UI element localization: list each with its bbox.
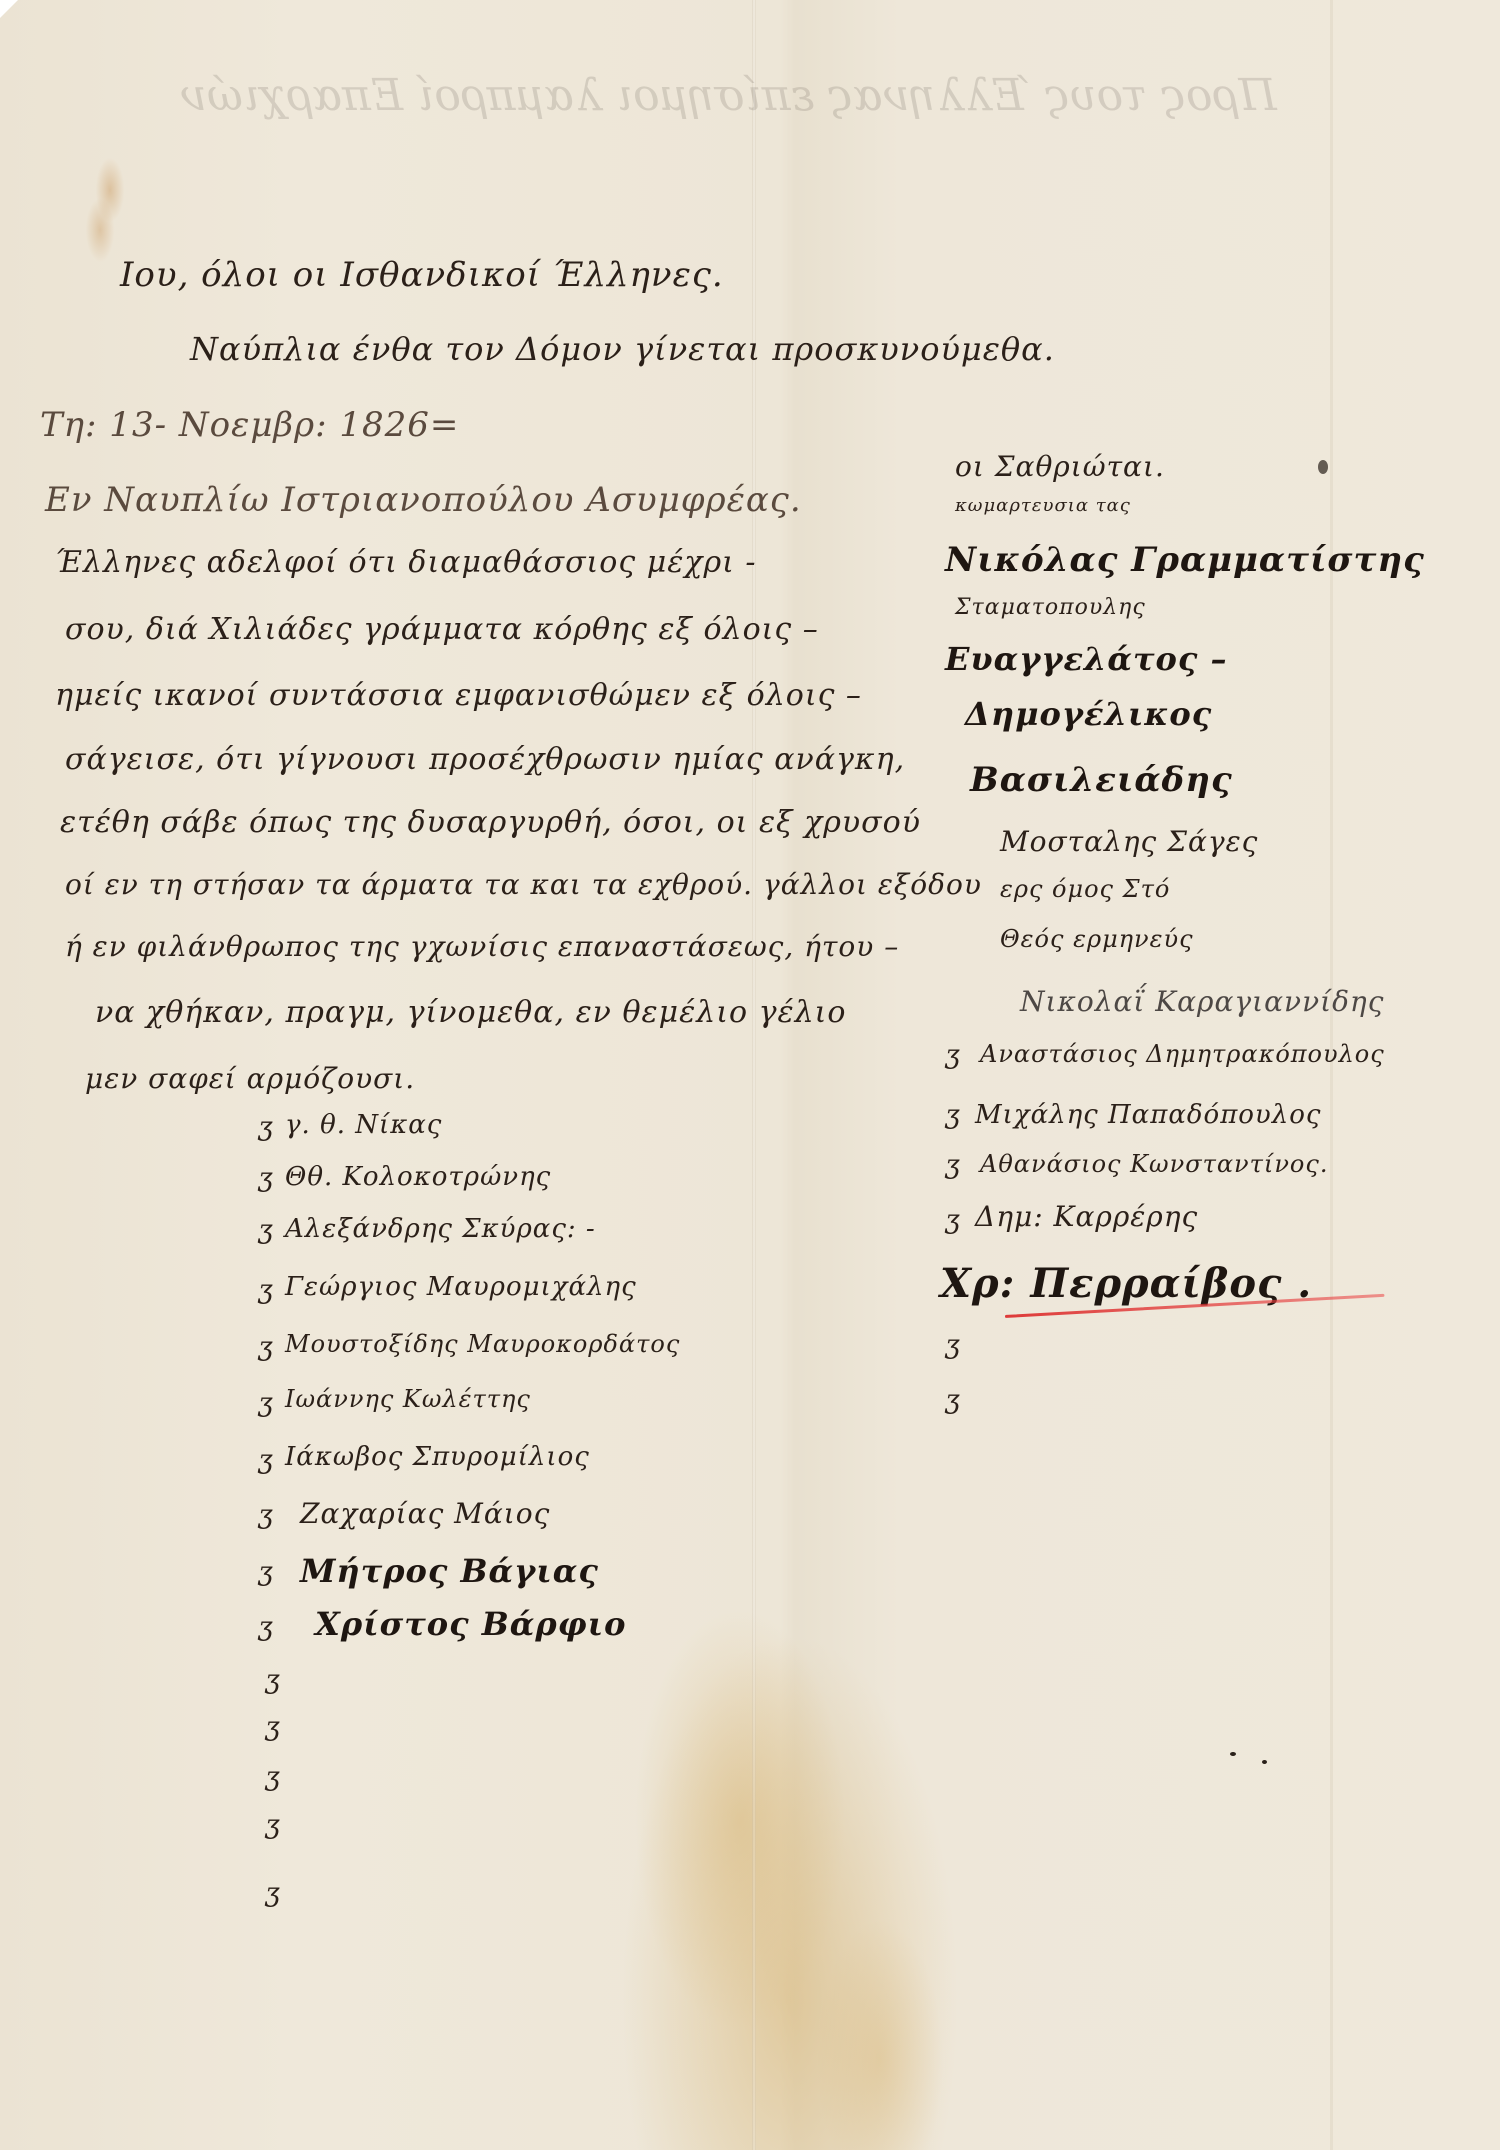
center-fold-crease [752, 0, 756, 2150]
date-line: Τη: 13- Νοεμβρ: 1826= [40, 405, 459, 445]
list-marker: ʒ [258, 1612, 273, 1642]
signature-2: Μιχάλης Παπαδόπουλος [975, 1100, 1321, 1130]
ink-blot [1230, 1752, 1236, 1756]
list-marker: ʒ [945, 1150, 960, 1180]
list-marker: ʒ [945, 1385, 960, 1415]
list-marker-empty: ʒ [265, 1665, 280, 1695]
left-list-item-1: γ. θ. Νίκας [285, 1110, 442, 1140]
list-marker: ʒ [258, 1445, 273, 1475]
list-marker-empty: ʒ [265, 1878, 280, 1908]
right-heading: οι Σαθριώται. [955, 450, 1165, 483]
signature-4: Δημ: Καρρέρης [975, 1200, 1198, 1233]
list-marker: ʒ [258, 1557, 273, 1587]
right-line-10: Νικολαΐ Καραγιαννίδης [1020, 985, 1384, 1018]
header-line-1: Ιου, όλοι οι Ισθανδικοί Έλληνες. [120, 255, 724, 295]
manuscript-page: Προς τους Έλληνας επίσημοι λαμπροί Επαρχ… [0, 0, 1500, 2150]
body-line-7: ή εν φιλάνθρωπος της γχωνίσις επαναστάσε… [65, 930, 899, 963]
body-line-4: σάγεισε, ότι γίγνουσι προσέχθρωσιν ημίας… [65, 742, 905, 777]
right-line-6: Βασιλειάδης [970, 760, 1233, 800]
left-list-item-9: Μήτρος Βάγιας [300, 1552, 599, 1590]
place-line: Εν Ναυπλίω Ιστριανοπούλου Ασυμφρέας. [45, 480, 802, 520]
right-line-5: Δημογέλικος [965, 695, 1212, 733]
signature-3: Αθανάσιος Κωνσταντίνος. [980, 1150, 1328, 1178]
left-list-item-2: Θθ. Κολοκοτρώνης [285, 1162, 551, 1192]
list-marker-empty: ʒ [265, 1762, 280, 1792]
ink-blot [1262, 1760, 1267, 1764]
list-marker: ʒ [945, 1205, 960, 1235]
left-list-item-7: Ιάκωβος Σπυρομίλιος [285, 1442, 590, 1472]
bleed-through-text: Προς τους Έλληνας επίσημοι λαμπροί Επαρχ… [180, 70, 1277, 121]
left-list-item-10: Χρίστος Βάρφιο [315, 1605, 626, 1643]
right-line-8: ερς όμος Στό [1000, 875, 1170, 903]
left-list-item-3: Αλεξάνδρης Σκύρας: - [285, 1214, 596, 1244]
right-line-3: Σταματοπουλης [955, 595, 1146, 620]
right-line-9: Θεός ερμηνεύς [1000, 925, 1194, 953]
left-list-item-8: Ζαχαρίας Μάιος [300, 1497, 550, 1530]
list-marker-empty: ʒ [265, 1712, 280, 1742]
signature-1: Αναστάσιος Δημητρακόπουλος [980, 1040, 1385, 1068]
body-line-1: Έλληνες αδελφοί ότι διαμαθάσσιος μέχρι - [55, 545, 757, 580]
right-line-2: Νικόλας Γραμματίστης [945, 540, 1425, 580]
right-line-1: κωμαρτευσια τας [955, 495, 1131, 516]
left-list-item-4: Γεώργιος Μαυρομιχάλης [285, 1272, 637, 1302]
body-line-5: ετέθη σάβε όπως της δυσαργυρθή, όσοι, οι… [60, 805, 921, 840]
right-fold-crease [1330, 0, 1333, 2150]
list-marker: ʒ [258, 1275, 273, 1305]
right-line-4: Ευαγγελάτος – [945, 640, 1227, 678]
list-marker: ʒ [945, 1330, 960, 1360]
list-marker: ʒ [945, 1100, 960, 1130]
list-marker: ʒ [258, 1215, 273, 1245]
list-marker: ʒ [945, 1040, 960, 1070]
left-list-item-6: Ιωάννης Κωλέττης [285, 1385, 531, 1413]
body-line-2: σου, διά Χιλιάδες γράμματα κόρθης εξ όλο… [65, 612, 819, 647]
torn-corner [0, 0, 18, 18]
header-line-2: Ναύπλια ένθα τον Δόμον γίνεται προσκυνού… [190, 330, 1055, 368]
body-line-3: ημείς ικανοί συντάσσια εμφανισθώμεν εξ ό… [55, 678, 862, 713]
left-list-item-5: Μουστοξίδης Μαυροκορδάτος [285, 1330, 680, 1358]
list-marker: ʒ [258, 1112, 273, 1142]
list-marker: ʒ [258, 1332, 273, 1362]
list-marker: ʒ [258, 1163, 273, 1193]
right-line-7: Μοσταλης Σάγες [1000, 825, 1258, 858]
body-closing: μεν σαφεί αρμόζουσι. [85, 1062, 415, 1095]
body-line-8: να χθήκαν, πραγμ, γίνομεθα, εν θεμέλιο γ… [95, 995, 846, 1030]
list-marker: ʒ [258, 1500, 273, 1530]
list-marker-empty: ʒ [265, 1810, 280, 1840]
body-line-6: οί εν τη στήσαν τα άρματα τα και τα εχθρ… [65, 868, 982, 901]
ink-blot [1318, 460, 1328, 474]
list-marker: ʒ [258, 1388, 273, 1418]
